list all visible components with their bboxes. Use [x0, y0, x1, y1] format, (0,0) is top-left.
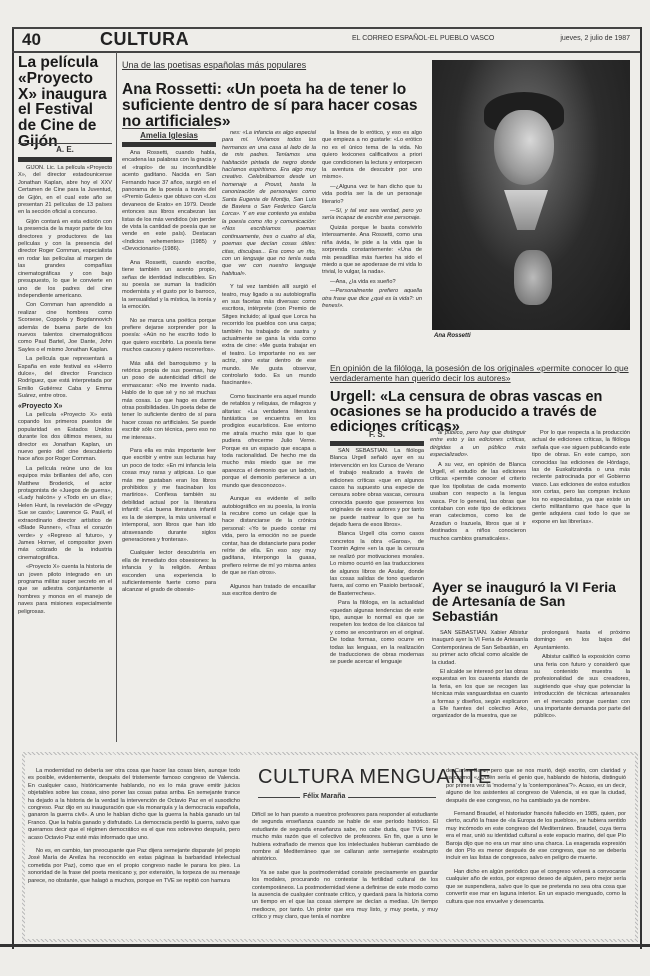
paragraph: —Sí, y tal vez sea verdad, pero yo sería…: [322, 208, 422, 223]
opinion-col2: Difícil se lo han puesto a nuestros prof…: [252, 812, 438, 924]
byline-bar: [18, 157, 112, 162]
paragraph: nes: «La infancia es algo especial para …: [222, 130, 316, 278]
paragraph: Y tal vez también allí surgió el teatro,…: [222, 284, 316, 388]
paragraph: La película reúne uno de los equipos más…: [18, 466, 112, 562]
paragraph: Han dicho en algún periódico que el cong…: [446, 869, 626, 906]
paragraph: Difícil se lo han puesto a nuestros prof…: [252, 812, 438, 864]
paragraph: —Ana, ¿la vida es sueño?: [322, 279, 422, 286]
paragraph: Gijón contará en esta edición con la pre…: [18, 219, 112, 300]
paragraph: No es, en cambio, tan preocupante que Pa…: [28, 848, 240, 885]
urgell-col1: SAN SEBASTIAN. La filóloga Blanca Urgell…: [330, 448, 424, 669]
paragraph: Aunque es evidente el sello autobiográfi…: [222, 496, 316, 577]
page-header: 40 CULTURA EL CORREO ESPAÑOL-EL PUEBLO V…: [12, 27, 640, 53]
feria-col2: prolongará hasta el próximo domingo en l…: [534, 630, 630, 723]
paragraph: La modernidad no debería ser otra cosa q…: [28, 768, 240, 842]
paragraph: No se marca una poética porque prefiere …: [122, 318, 216, 355]
feria-headline: Ayer se inauguró la VI Feria de Artesaní…: [432, 580, 632, 623]
photo-face: [494, 110, 554, 185]
urgell-headline: Urgell: «La censura de obras vascas en o…: [330, 390, 630, 434]
subheading: «Proyecto X»: [18, 403, 112, 410]
paragraph: Cualquier lector descubriría en ella de …: [122, 550, 216, 594]
paragraph: Por lo que respecta a la producción actu…: [532, 430, 630, 526]
paragraph: Para la filóloga, en la actualidad «qued…: [330, 600, 424, 667]
paragraph: al público, pero hay que distinguir entr…: [430, 430, 526, 460]
paragraph: GIJON. Lic. La película «Proyecto X», de…: [18, 165, 112, 217]
photo-hand: [514, 250, 552, 305]
photo-collar: [504, 190, 548, 230]
page-bottom-rule: [0, 944, 650, 947]
paragraph: El alcalde se interesó por las obras exp…: [432, 669, 528, 721]
gijon-body: GIJON. Lic. La película «Proyecto X», de…: [18, 165, 112, 618]
rossetti-col2: nes: «La infancia es algo especial para …: [222, 130, 316, 600]
column-divider: [116, 52, 117, 742]
issue-date: jueves, 2 julio de 1987: [560, 35, 630, 42]
paragraph: La película «Proyecto X» está copando lo…: [18, 412, 112, 464]
divider: [122, 128, 216, 129]
paragraph: Albistur calificó la exposición como una…: [534, 654, 630, 721]
paragraph: Con Cornman han aprendido a realizar cin…: [18, 302, 112, 354]
portrait-photo: [432, 60, 630, 330]
divider: [18, 143, 112, 144]
paragraph: Más allá del barroquismo y la retórica p…: [122, 361, 216, 442]
section-title: CULTURA: [100, 29, 189, 50]
paragraph: la línea de lo erótico, y eso es algo qu…: [322, 130, 422, 182]
paragraph: Ana Rossetti, cuando habla, encadena las…: [122, 150, 216, 254]
paragraph: Para ella es más importante leer que esc…: [122, 448, 216, 544]
rossetti-headline: Ana Rossetti: «Un poeta ha de tener lo s…: [122, 82, 422, 129]
rossetti-col1: Ana Rossetti, cuando habla, encadena las…: [122, 150, 216, 597]
paragraph: —¿Alguna vez te han dicho que tu vida po…: [322, 184, 422, 206]
paragraph: Ya se sabe que la postmodernidad consist…: [252, 870, 438, 922]
paragraph: prolongará hasta el próximo domingo en l…: [534, 630, 630, 652]
page-number: 40: [22, 30, 41, 50]
gijon-byline: A. E.: [18, 145, 112, 154]
rossetti-byline: Amelia Iglesias: [122, 131, 216, 140]
paragraph: La película que representará a España en…: [18, 356, 112, 400]
paragraph: —Personalmente prefiero aquella otra fra…: [322, 288, 422, 310]
photo-caption: Ana Rossetti: [434, 333, 471, 339]
paragraph: Fernand Braudel, el historiador francés …: [446, 811, 626, 863]
opinion-author: Félix Maraña: [300, 793, 348, 800]
urgell-byline: F. S.: [330, 430, 424, 439]
opinion-col1: La modernidad no debería ser otra cosa q…: [28, 768, 240, 887]
newspaper-page: 40 CULTURA EL CORREO ESPAÑOL-EL PUEBLO V…: [0, 0, 650, 976]
urgell-col2: al público, pero hay que distinguir entr…: [430, 430, 526, 545]
urgell-col3: Por lo que respecta a la producción actu…: [532, 430, 630, 528]
paragraph: SAN SEBASTIAN. La filóloga Blanca Urgell…: [330, 448, 424, 529]
paragraph: SAN SEBASTIAN. Xabier Albistur inauguró …: [432, 630, 528, 667]
feria-col1: SAN SEBASTIAN. Xabier Albistur inauguró …: [432, 630, 528, 723]
paragraph: Ana Rossetti, cuando escribe, tiene tamb…: [122, 260, 216, 312]
paragraph: Algunos han tratado de encasillar sus es…: [222, 584, 316, 599]
paragraph: «Proyecto X» cuenta la historia de un jo…: [18, 564, 112, 616]
urgell-kicker: En opinión de la filóloga, la posesión d…: [330, 363, 630, 383]
rossetti-kicker: Una de las poetisas españolas más popula…: [122, 60, 306, 70]
newspaper-name: EL CORREO ESPAÑOL-EL PUEBLO VASCO: [352, 35, 494, 42]
paragraph: Quizás porque le basta convivirlo intens…: [322, 225, 422, 277]
opinion-col3: de Carlos Sanz, pero que se nos murió, d…: [446, 768, 626, 908]
byline-bar: [122, 142, 216, 147]
paragraph: Blanca Urgell cita como casos concretos …: [330, 531, 424, 598]
paragraph: A su vez, en opinión de Blanca Urgell, e…: [430, 462, 526, 543]
byline-bar: [330, 441, 424, 446]
paragraph: de Carlos Sanz, pero que se nos murió, d…: [446, 768, 626, 805]
rossetti-col3: la línea de lo erótico, y eso es algo qu…: [322, 130, 422, 312]
gijon-headline: La película «Proyecto X» inaugura el Fes…: [18, 55, 114, 150]
paragraph: Como fascinante era aquel mundo de retab…: [222, 394, 316, 490]
